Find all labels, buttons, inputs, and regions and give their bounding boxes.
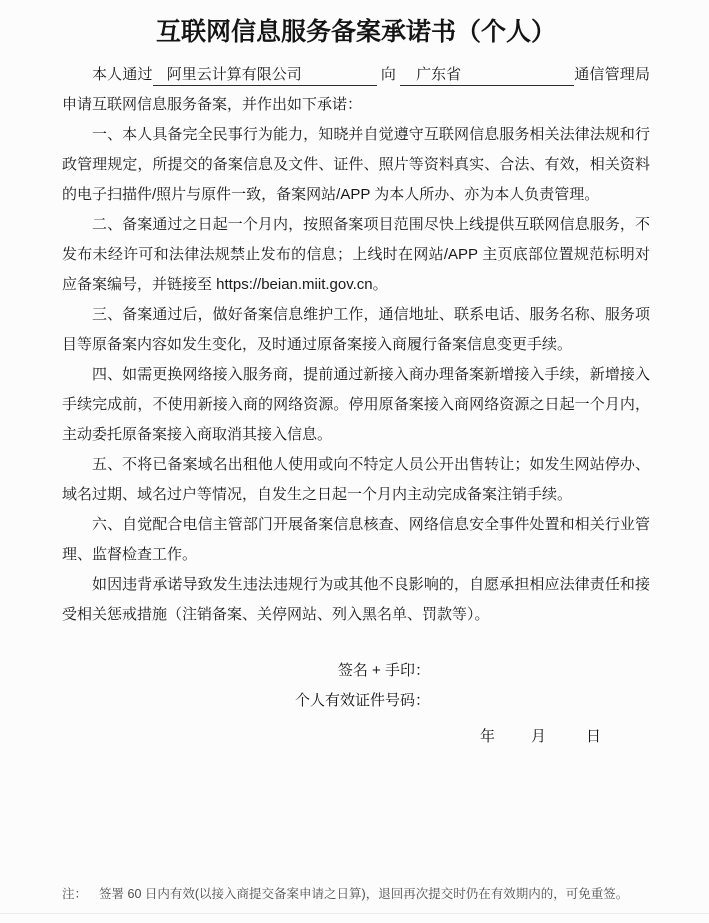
clause-paragraph: 五、不将已备案域名出租他人使用或向不特定人员公开出售转让；如发生网站停办、域名过… bbox=[62, 450, 650, 510]
clause-paragraph: 一、本人具备完全民事行为能力，知晓并自觉遵守互联网信息服务相关法律法规和行政管理… bbox=[62, 120, 650, 210]
opening-suffix: 通信管理局 bbox=[574, 66, 650, 83]
clause-paragraph: 四、如需更换网络接入服务商，提前通过新接入商办理备案新增接入手续，新增接入手续完… bbox=[62, 360, 650, 450]
document-body: 本人通过阿里云计算有限公司向广东省通信管理局申请互联网信息服务备案，并作出如下承… bbox=[62, 60, 650, 630]
opening-continuation: 申请互联网信息服务备案，并作出如下承诺： bbox=[62, 96, 362, 113]
year-label: 年 bbox=[480, 728, 495, 745]
opening-middle: 向 bbox=[381, 66, 396, 83]
provider-field-value: 阿里云计算有限公司 bbox=[167, 66, 302, 83]
id-number-label: 个人有效证件号码： bbox=[62, 686, 430, 716]
clause-paragraph: 三、备案通过后，做好备案信息维护工作，通信地址、联系电话、服务名称、服务项目等原… bbox=[62, 300, 650, 360]
date-line: 年月日 bbox=[62, 722, 650, 752]
day-label: 日 bbox=[586, 728, 601, 745]
footnote: 注：签署 60 日内有效(以接入商提交备案申请之日算)，退回再次提交时仍在有效期… bbox=[62, 885, 628, 903]
provider-field: 阿里云计算有限公司 bbox=[153, 64, 377, 86]
opening-paragraph: 本人通过阿里云计算有限公司向广东省通信管理局申请互联网信息服务备案，并作出如下承… bbox=[62, 60, 650, 120]
document-page: 互联网信息服务备案承诺书（个人） 本人通过阿里云计算有限公司向广东省通信管理局申… bbox=[0, 0, 709, 752]
bottom-divider bbox=[0, 913, 709, 914]
clause-paragraph: 二、备案通过之日起一个月内，按照备案项目范围尽快上线提供互联网信息服务，不发布未… bbox=[62, 210, 650, 300]
province-field-value: 广东省 bbox=[416, 66, 461, 83]
month-label: 月 bbox=[531, 728, 546, 745]
clause-paragraph: 六、自觉配合电信主管部门开展备案信息核查、网络信息安全事件处置和相关行业管理、监… bbox=[62, 510, 650, 570]
signature-block: 签名 + 手印： 个人有效证件号码： bbox=[62, 656, 430, 716]
footnote-text: 签署 60 日内有效(以接入商提交备案申请之日算)，退回再次提交时仍在有效期内的… bbox=[99, 887, 628, 901]
province-field: 广东省 bbox=[400, 64, 574, 86]
signature-label: 签名 + 手印： bbox=[62, 656, 430, 686]
document-title: 互联网信息服务备案承诺书（个人） bbox=[62, 14, 650, 50]
opening-prefix: 本人通过 bbox=[92, 66, 153, 83]
closing-paragraph: 如因违背承诺导致发生违法违规行为或其他不良影响的，自愿承担相应法律责任和接受相关… bbox=[62, 570, 650, 630]
footnote-label: 注： bbox=[62, 887, 87, 901]
